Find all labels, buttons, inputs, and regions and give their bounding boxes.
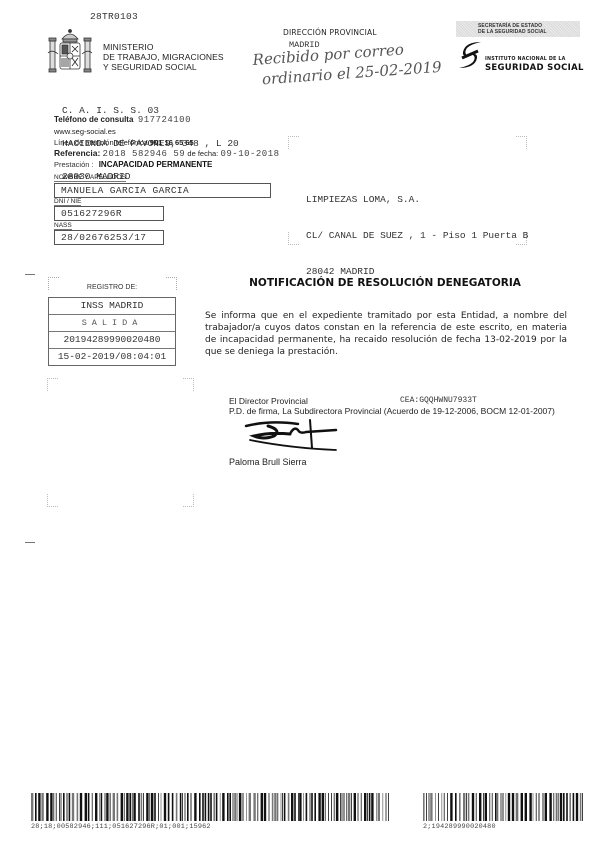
recipient-line: CL/ CANAL DE SUEZ , 1 - Piso 1 Puerta B <box>306 230 528 242</box>
registry-title: REGISTRO DE: <box>48 284 176 291</box>
barcode-right-text: 2;194289990020480 <box>423 823 496 831</box>
website-link[interactable]: www.seg-social.es <box>54 126 280 137</box>
ministry-line-1: Ministerio <box>103 42 224 52</box>
benefit-row: Prestación : INCAPACIDAD PERMANENTE <box>54 160 212 169</box>
handwritten-signature-icon <box>240 418 340 452</box>
fold-mark <box>25 542 35 543</box>
inss-name-big: SEGURIDAD SOCIAL <box>485 63 584 73</box>
reference-date-label: de fecha: <box>187 149 218 158</box>
ministry-name: Ministerio de Trabajo, Migraciones y Seg… <box>103 42 224 72</box>
barcode-left-text: 28;18;00582946;111;051627296R;01;001;159… <box>31 823 211 831</box>
handwritten-receipt-note: Recibido por correo ordinario el 25-02-2… <box>252 37 442 90</box>
reference-label: Referencia: <box>54 148 100 158</box>
ministry-line-3: y Seguridad Social <box>103 62 224 72</box>
frame-corner-mark <box>183 378 194 391</box>
signature-block: El Director Provincial CEA:GQQHWNU7933T … <box>229 396 555 416</box>
notification-title: NOTIFICACIÓN DE RESOLUCIÓN DENEGATORIA <box>200 277 570 289</box>
benefit-value: INCAPACIDAD PERMANENTE <box>99 160 213 169</box>
barcode-icon <box>300 793 390 821</box>
document-code: 28TR0103 <box>90 11 138 22</box>
spain-coat-of-arms-icon <box>46 27 94 79</box>
barcode-icon <box>31 793 301 821</box>
phone-label: Teléfono de consulta <box>54 115 133 124</box>
cea-code: CEA:GQQHWNU7933T <box>400 396 477 406</box>
fold-mark <box>25 274 35 275</box>
direccion-provincial-label: DIRECCIÓN PROVINCIAL <box>283 28 377 37</box>
phone-number: 917724100 <box>138 115 191 125</box>
reference-date: 09-10-2018 <box>221 149 280 159</box>
reference-number: 2018 582946 59 <box>103 149 186 159</box>
registry-number: 20194289990020480 <box>49 332 175 349</box>
notification-body: Se informa que en el expediente tramitad… <box>205 310 567 358</box>
secretaria-estado-band: Secretaría de Estado de la Seguridad Soc… <box>456 21 580 37</box>
dni-label: DNI / NIE <box>54 198 81 206</box>
registry-direction: SALIDA <box>49 315 175 332</box>
name-label: NOMBRE Y APELLIDOS <box>54 174 126 182</box>
recipient-address: LIMPIEZAS LOMA, S.A. CL/ CANAL DE SUEZ ,… <box>306 170 528 290</box>
contact-block: Teléfono de consulta 917724100 www.seg-s… <box>54 114 280 160</box>
registry-datetime: 15-02-2019/08:04:01 <box>49 349 175 365</box>
registry-office: INSS MADRID <box>49 298 175 315</box>
nass-field: 28/02676253/17 <box>54 230 164 245</box>
window-corner-mark <box>288 136 299 149</box>
window-corner-mark <box>288 232 299 245</box>
name-field: MANUELA GARCIA GARCIA <box>54 183 271 198</box>
helpline-label: Línea de atención telefónica <box>54 138 148 147</box>
registry-stamp: INSS MADRID SALIDA 20194289990020480 15-… <box>48 297 176 366</box>
secretaria-line: de la Seguridad Social <box>478 29 547 35</box>
frame-corner-mark <box>47 378 58 391</box>
nass-label: NASS <box>54 222 72 230</box>
frame-corner-mark <box>183 494 194 507</box>
signature-role: El Director Provincial <box>229 396 555 406</box>
barcode-icon <box>423 793 583 821</box>
dni-field: 051627296R <box>54 206 164 221</box>
helpline-number: 901 16 65 65 <box>150 138 194 147</box>
ministry-line-2: de Trabajo, Migraciones <box>103 52 224 62</box>
signature-delegation: P.D. de firma, La Subdirectora Provincia… <box>229 406 555 416</box>
frame-corner-mark <box>47 494 58 507</box>
inss-name-small: INSTITUTO NACIONAL DE LA <box>485 57 566 62</box>
recipient-line: LIMPIEZAS LOMA, S.A. <box>306 194 528 206</box>
inss-logo-icon <box>457 40 483 70</box>
window-corner-mark <box>516 136 527 149</box>
benefit-label: Prestación : <box>54 160 94 169</box>
signer-name: Paloma Brull Sierra <box>229 457 307 467</box>
